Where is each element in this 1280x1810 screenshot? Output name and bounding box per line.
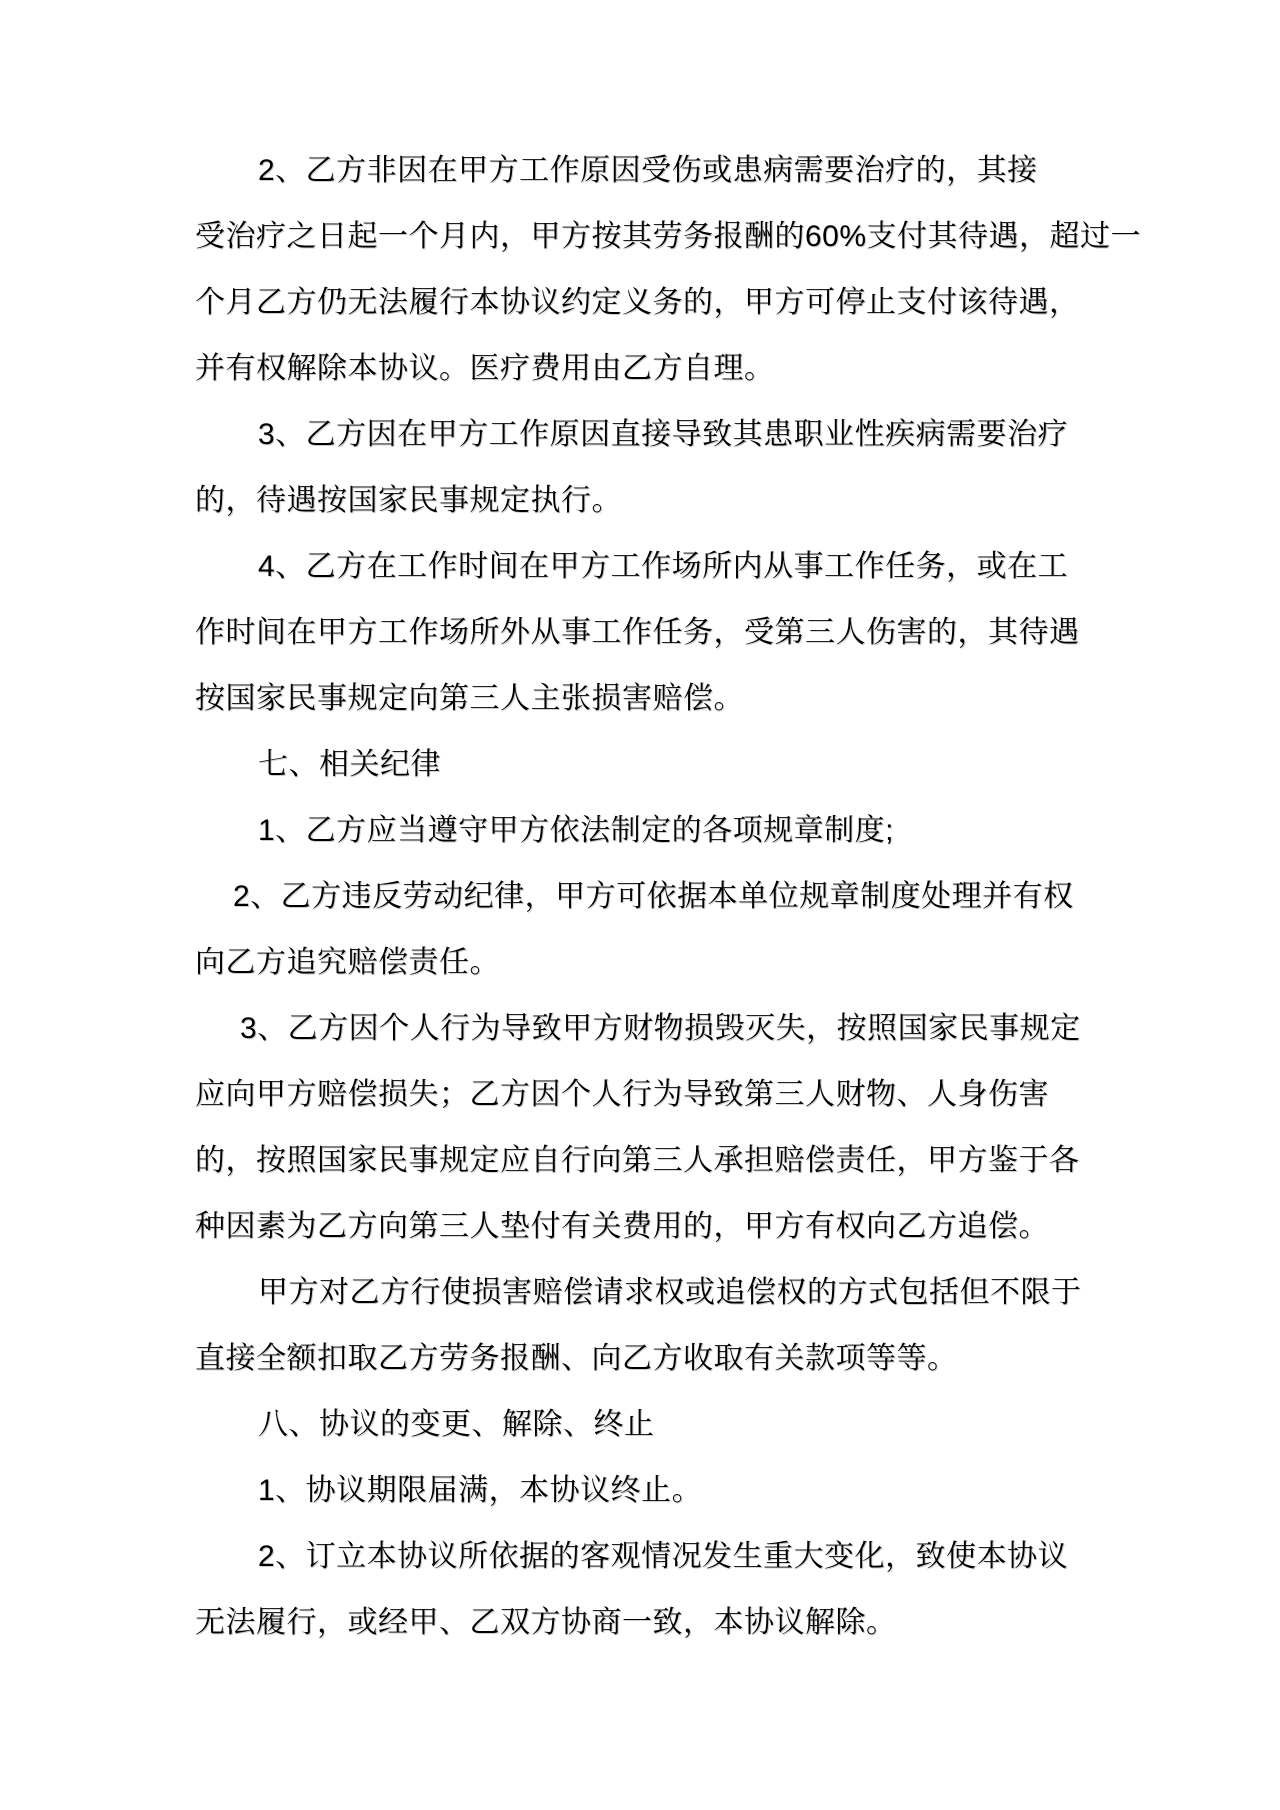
- clause-6-3-line-2: 的，待遇按国家民事规定执行。: [195, 468, 1125, 534]
- clause-7-1-line-1: 1、乙方应当遵守甲方依法制定的各项规章制度;: [195, 798, 1125, 864]
- clause-7-note-line-1: 甲方对乙方行使损害赔偿请求权或追偿权的方式包括但不限于: [195, 1260, 1125, 1326]
- clause-6-2-line-4: 并有权解除本协议。医疗费用由乙方自理。: [195, 336, 1125, 402]
- clause-6-4-line-3: 按国家民事规定向第三人主张损害赔偿。: [195, 666, 1125, 732]
- clause-7-3-line-4: 种因素为乙方向第三人垫付有关费用的，甲方有权向乙方追偿。: [195, 1194, 1125, 1260]
- document-body: 2、乙方非因在甲方工作原因受伤或患病需要治疗的，其接 受治疗之日起一个月内，甲方…: [195, 138, 1125, 1656]
- clause-6-4-line-1: 4、乙方在工作时间在甲方工作场所内从事工作任务，或在工: [195, 534, 1125, 600]
- clause-7-3-line-2: 应向甲方赔偿损失；乙方因个人行为导致第三人财物、人身伤害: [195, 1062, 1125, 1128]
- clause-8-2-line-1: 2、订立本协议所依据的客观情况发生重大变化，致使本协议: [195, 1524, 1125, 1590]
- clause-7-3-line-3: 的，按照国家民事规定应自行向第三人承担赔偿责任，甲方鉴于各: [195, 1128, 1125, 1194]
- section-8-heading: 八、协议的变更、解除、终止: [195, 1392, 1125, 1458]
- clause-7-2-line-2: 向乙方追究赔偿责任。: [195, 930, 1125, 996]
- section-7-heading: 七、相关纪律: [195, 732, 1125, 798]
- clause-6-3-line-1: 3、乙方因在甲方工作原因直接导致其患职业性疾病需要治疗: [195, 402, 1125, 468]
- clause-7-note-line-2: 直接全额扣取乙方劳务报酬、向乙方收取有关款项等等。: [195, 1326, 1125, 1392]
- clause-8-1-line-1: 1、协议期限届满，本协议终止。: [195, 1458, 1125, 1524]
- document-page: 2、乙方非因在甲方工作原因受伤或患病需要治疗的，其接 受治疗之日起一个月内，甲方…: [0, 0, 1280, 1810]
- clause-6-2-line-2: 受治疗之日起一个月内，甲方按其劳务报酬的60%支付其待遇，超过一: [195, 204, 1125, 270]
- clause-6-2-line-3: 个月乙方仍无法履行本协议约定义务的，甲方可停止支付该待遇，: [195, 270, 1125, 336]
- clause-6-4-line-2: 作时间在甲方工作场所外从事工作任务，受第三人伤害的，其待遇: [195, 600, 1125, 666]
- clause-7-3-line-1: 3、乙方因个人行为导致甲方财物损毁灭失，按照国家民事规定: [195, 996, 1125, 1062]
- clause-7-2-line-1: 2、乙方违反劳动纪律，甲方可依据本单位规章制度处理并有权: [195, 864, 1125, 930]
- clause-8-2-line-2: 无法履行，或经甲、乙双方协商一致，本协议解除。: [195, 1590, 1125, 1656]
- clause-6-2-line-1: 2、乙方非因在甲方工作原因受伤或患病需要治疗的，其接: [195, 138, 1125, 204]
